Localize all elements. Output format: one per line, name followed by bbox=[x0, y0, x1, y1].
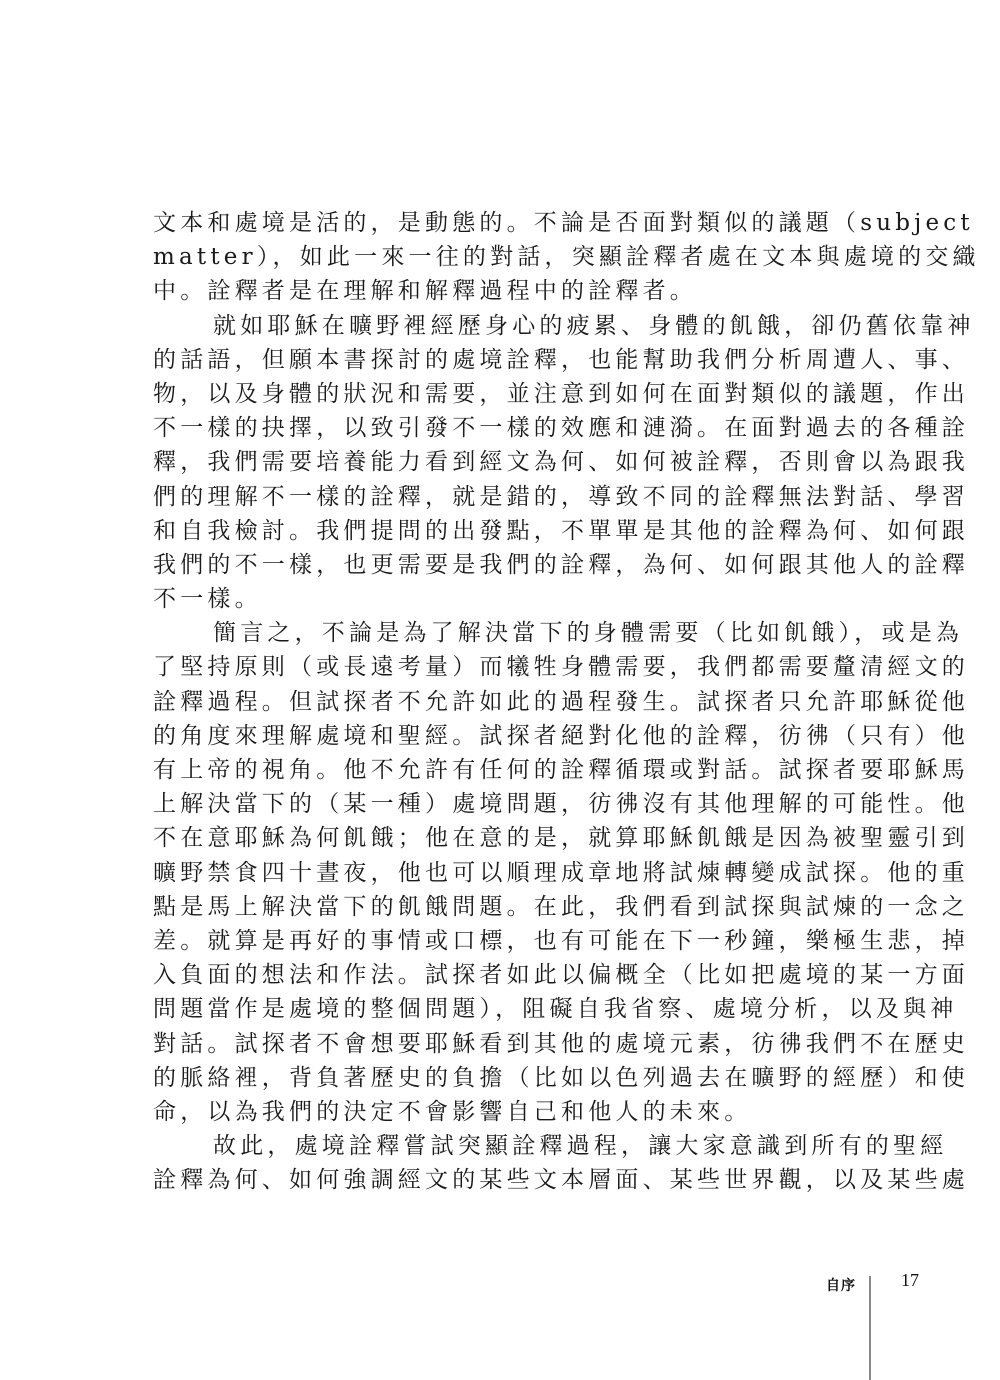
text-line: 的脈絡裡，背負著歷史的負擔（比如以色列過去在曠野的經歷）和使 bbox=[153, 1061, 873, 1095]
text-line: 對話。試探者不會想要耶穌看到其他的處境元素，彷彿我們不在歷史 bbox=[153, 1027, 873, 1061]
text-line: 上解決當下的（某一種）處境問題，彷彿沒有其他理解的可能性。他 bbox=[153, 787, 873, 821]
footer-divider bbox=[869, 1276, 871, 1380]
text-line: 曠野禁食四十晝夜，他也可以順理成章地將試煉轉變成試探。他的重 bbox=[153, 856, 873, 890]
text-line: 們的理解不一樣的詮釋，就是錯的，導致不同的詮釋無法對話、學習 bbox=[153, 480, 873, 514]
page-number: 17 bbox=[901, 1270, 919, 1291]
text-line: 故此，處境詮釋嘗試突顯詮釋過程，讓大家意識到所有的聖經 bbox=[153, 1129, 873, 1163]
book-page: 文本和處境是活的，是動態的。不論是否面對類似的議題（subjectmatter）… bbox=[0, 0, 1000, 1380]
paragraph: 故此，處境詮釋嘗試突顯詮釋過程，讓大家意識到所有的聖經詮釋為何、如何強調經文的某… bbox=[153, 1129, 873, 1197]
text-line: 問題當作是處境的整個問題），阻礙自我省察、處境分析，以及與神 bbox=[153, 992, 873, 1026]
paragraph: 就如耶穌在曠野裡經歷身心的疲累、身體的飢餓，卻仍舊依靠神的話語，但願本書探討的處… bbox=[153, 309, 873, 617]
text-line: 有上帝的視角。他不允許有任何的詮釋循環或對話。試探者要耶穌馬 bbox=[153, 753, 873, 787]
text-line: 釋，我們需要培養能力看到經文為何、如何被詮釋，否則會以為跟我 bbox=[153, 445, 873, 479]
text-line: 文本和處境是活的，是動態的。不論是否面對類似的議題（subject bbox=[153, 206, 873, 240]
text-line: 中。詮釋者是在理解和解釋過程中的詮釋者。 bbox=[153, 274, 873, 308]
text-line: 不一樣。 bbox=[153, 582, 873, 616]
text-line: 差。就算是再好的事情或口標，也有可能在下一秒鐘，樂極生悲，掉 bbox=[153, 924, 873, 958]
text-line: 詮釋過程。但試探者不允許如此的過程發生。試探者只允許耶穌從他 bbox=[153, 685, 873, 719]
text-line: 我們的不一樣，也更需要是我們的詮釋，為何、如何跟其他人的詮釋 bbox=[153, 548, 873, 582]
paragraph: 文本和處境是活的，是動態的。不論是否面對類似的議題（subjectmatter）… bbox=[153, 206, 873, 309]
text-line: 點是馬上解決當下的飢餓問題。在此，我們看到試探與試煉的一念之 bbox=[153, 890, 873, 924]
text-line: 了堅持原則（或長遠考量）而犧牲身體需要，我們都需要釐清經文的 bbox=[153, 650, 873, 684]
text-line: 和自我檢討。我們提問的出發點，不單單是其他的詮釋為何、如何跟 bbox=[153, 514, 873, 548]
text-line: 簡言之，不論是為了解決當下的身體需要（比如飢餓），或是為 bbox=[153, 616, 873, 650]
paragraph: 簡言之，不論是為了解決當下的身體需要（比如飢餓），或是為了堅持原則（或長遠考量）… bbox=[153, 616, 873, 1129]
text-line: 的角度來理解處境和聖經。試探者絕對化他的詮釋，彷彿（只有）他 bbox=[153, 719, 873, 753]
text-line: 物，以及身體的狀況和需要，並注意到如何在面對類似的議題，作出 bbox=[153, 377, 873, 411]
running-footer-section: 自序 bbox=[826, 1275, 856, 1295]
text-line: 的話語，但願本書探討的處境詮釋，也能幫助我們分析周遭人、事、 bbox=[153, 343, 873, 377]
body-text: 文本和處境是活的，是動態的。不論是否面對類似的議題（subjectmatter）… bbox=[153, 206, 873, 1197]
text-line: 就如耶穌在曠野裡經歷身心的疲累、身體的飢餓，卻仍舊依靠神 bbox=[153, 309, 873, 343]
text-line: 命，以為我們的決定不會影響自己和他人的未來。 bbox=[153, 1095, 873, 1129]
text-line: 不一樣的抉擇，以致引發不一樣的效應和漣漪。在面對過去的各種詮 bbox=[153, 411, 873, 445]
text-line: 詮釋為何、如何強調經文的某些文本層面、某些世界觀，以及某些處 bbox=[153, 1163, 873, 1197]
text-line: 不在意耶穌為何飢餓；他在意的是，就算耶穌飢餓是因為被聖靈引到 bbox=[153, 821, 873, 855]
text-line: matter），如此一來一往的對話，突顯詮釋者處在文本與處境的交織 bbox=[153, 240, 873, 274]
text-line: 入負面的想法和作法。試探者如此以偏概全（比如把處境的某一方面 bbox=[153, 958, 873, 992]
